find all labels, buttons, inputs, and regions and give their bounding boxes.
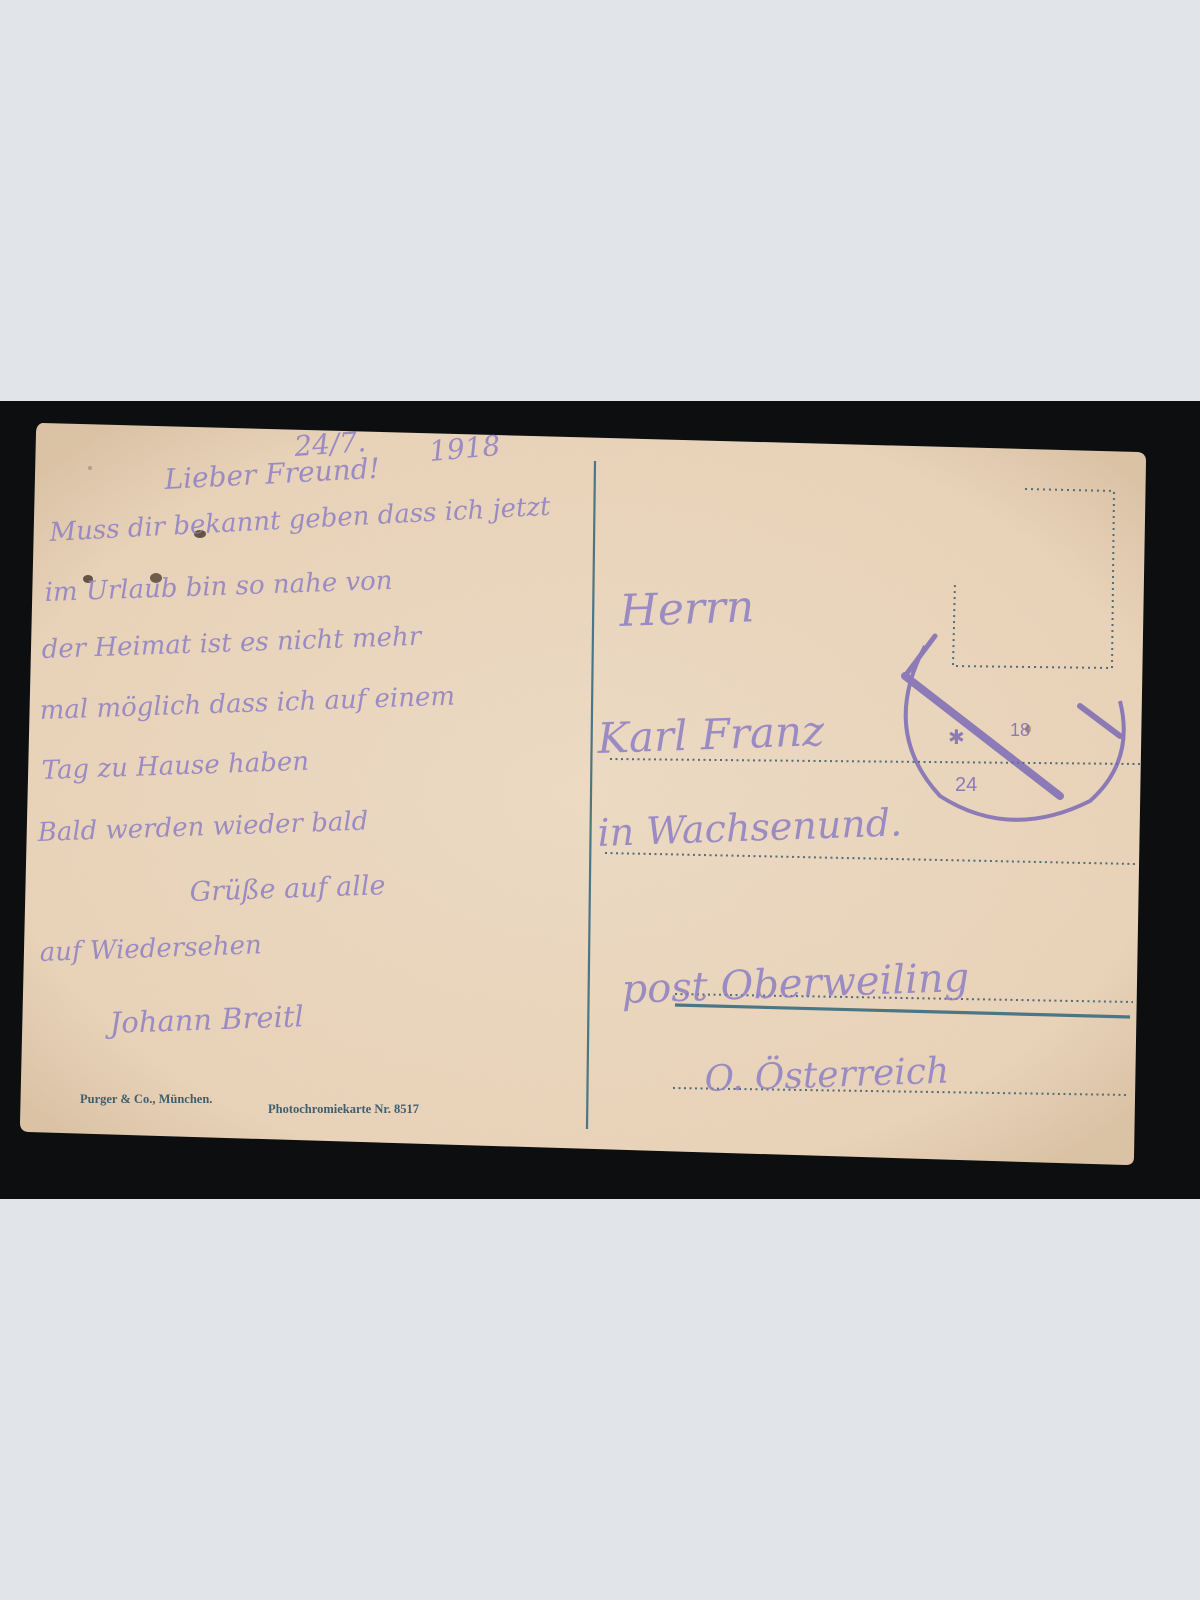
postcard: 24/7. 1918 Lieber Freund! Muss dir bekan…: [0, 401, 1200, 1199]
address-name: Karl Franz: [596, 706, 826, 763]
imprint-series: Photochromiekarte Nr. 8517: [268, 1102, 419, 1116]
photo-backdrop: 24/7. 1918 Lieber Freund! Muss dir bekan…: [0, 401, 1200, 1199]
imprint-publisher: Purger & Co., München.: [80, 1092, 212, 1106]
postmark-star-icon: ✱: [948, 727, 965, 749]
address-line-4: O. Österreich: [704, 1049, 950, 1100]
address-salutation: Herrn: [618, 581, 756, 637]
postmark-day: 24: [955, 774, 977, 796]
message-signature: Johann Breitl: [104, 999, 304, 1040]
postmark-date: 18: [1010, 720, 1030, 740]
message-year: 1918: [428, 429, 502, 468]
